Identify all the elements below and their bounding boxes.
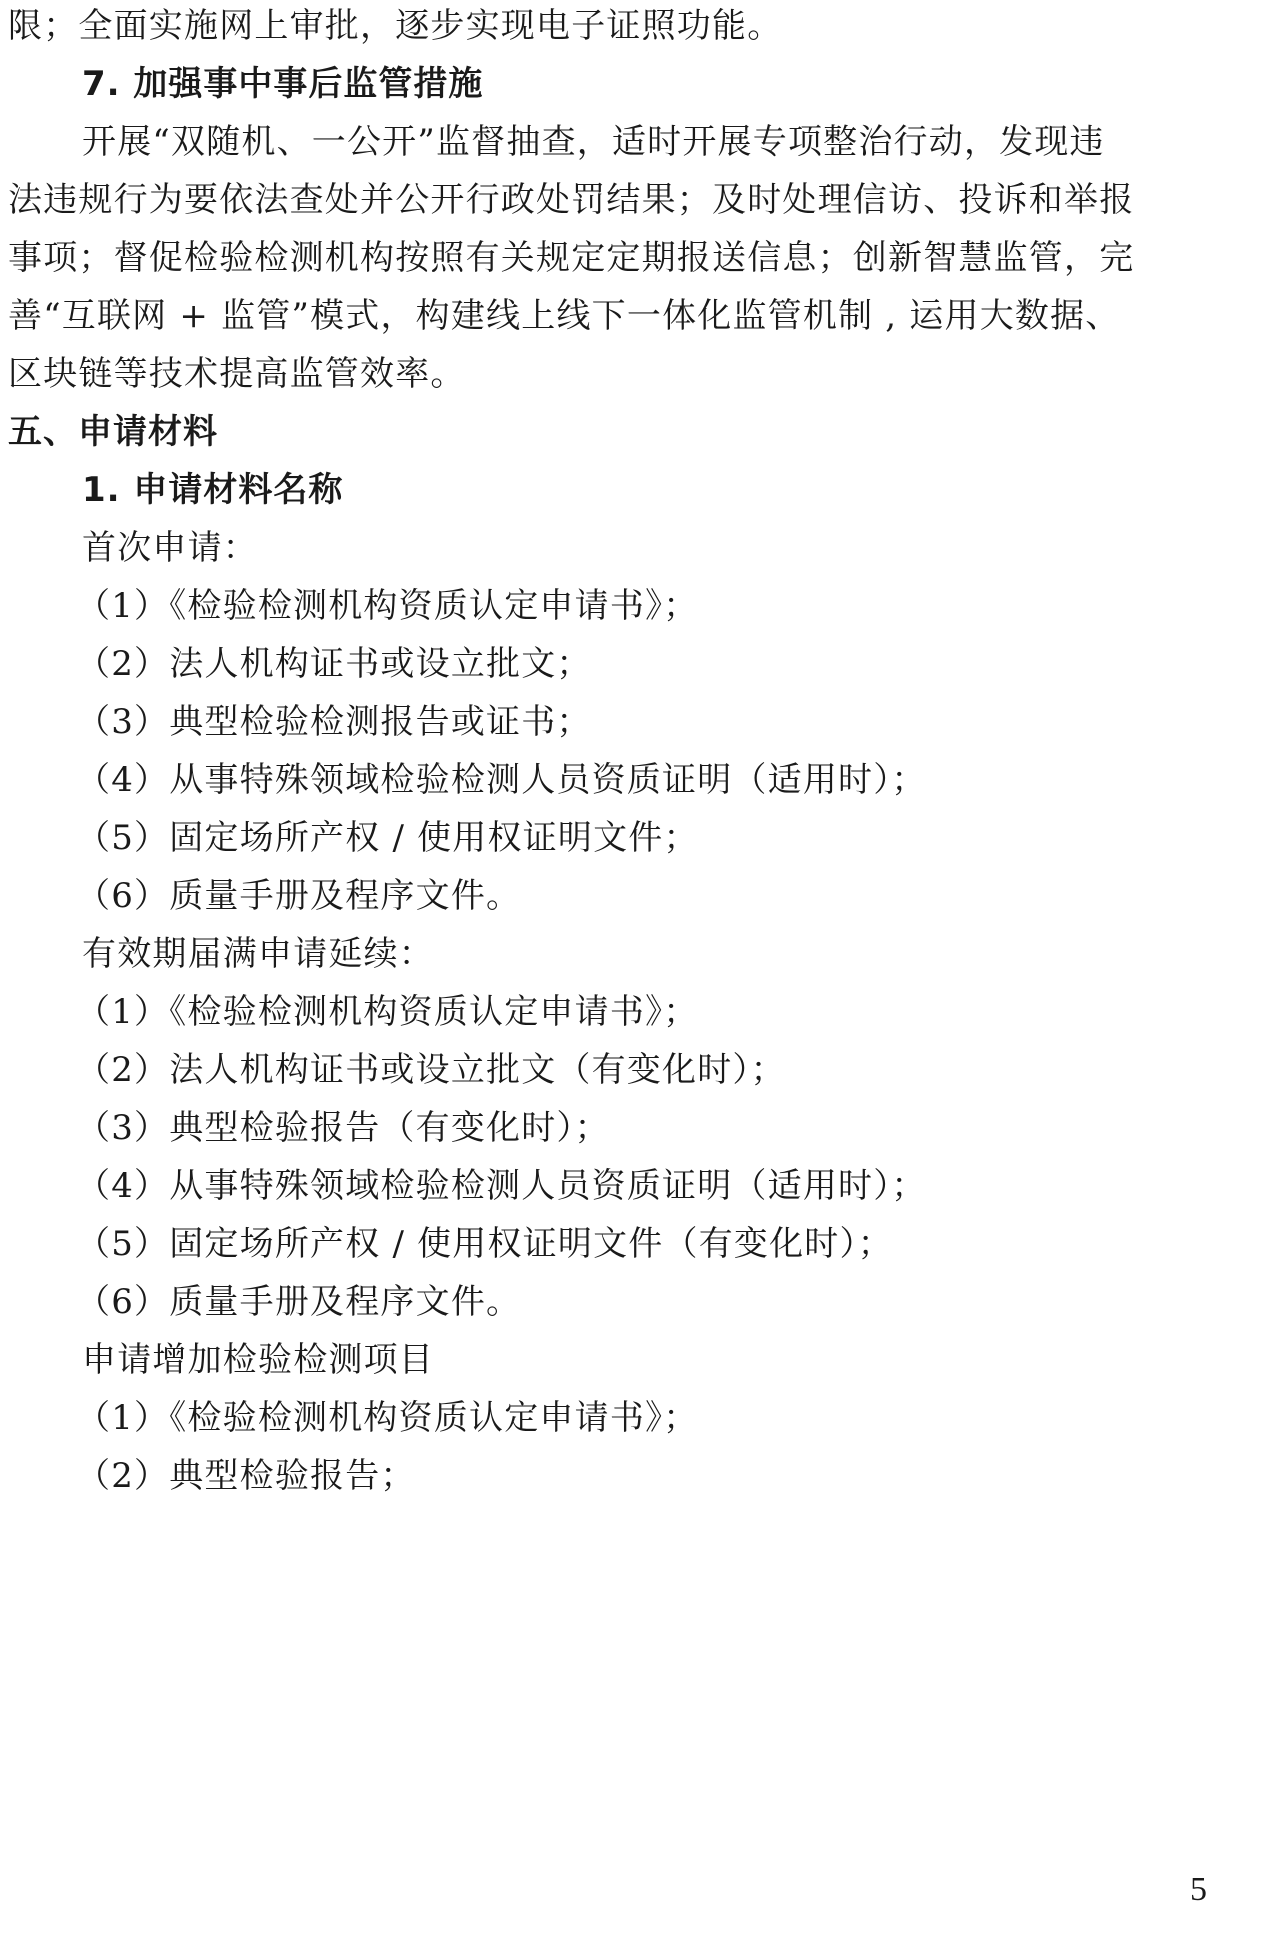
section-7-heading: 7. 加强事中事后监管措施	[82, 62, 483, 106]
section-7-paragraph-line: 善“互联网 + 监管”模式，构建线上线下一体化监管机制 , 运用大数据、	[8, 294, 1121, 338]
document-page: 限；全面实施网上审批，逐步实现电子证照功能。 7. 加强事中事后监管措施 开展“…	[0, 0, 1280, 1937]
paragraph-continuation-line: 限；全面实施网上审批，逐步实现电子证照功能。	[8, 4, 782, 48]
list-item: （5）固定场所产权 / 使用权证明文件（有变化时）；	[76, 1222, 893, 1266]
list-item: （3）典型检验报告（有变化时）；	[76, 1106, 610, 1150]
list-item: （4）从事特殊领域检验检测人员资质证明（适用时）；	[76, 758, 927, 802]
list-item: （1）《检验检测机构资质认定申请书》；	[76, 1396, 698, 1440]
list-item: （6）质量手册及程序文件。	[76, 874, 521, 918]
section-5-subheading: 1. 申请材料名称	[82, 468, 343, 512]
page-number: 5	[1190, 1868, 1207, 1912]
group-title-renewal: 有效期届满申请延续：	[82, 932, 434, 976]
list-item: （5）固定场所产权 / 使用权证明文件；	[76, 816, 699, 860]
list-item: （2）法人机构证书或设立批文（有变化时）；	[76, 1048, 786, 1092]
list-item: （3）典型检验检测报告或证书；	[76, 700, 592, 744]
list-item: （1）《检验检测机构资质认定申请书》；	[76, 584, 698, 628]
list-item: （1）《检验检测机构资质认定申请书》；	[76, 990, 698, 1034]
group-title-first-application: 首次申请：	[82, 526, 258, 570]
section-7-paragraph-line: 开展“双随机、一公开”监督抽查，适时开展专项整治行动，发现违	[82, 120, 1105, 164]
list-item: （2）典型检验报告；	[76, 1454, 416, 1498]
section-5-heading: 五、申请材料	[8, 410, 218, 454]
section-7-paragraph-line: 区块链等技术提高监管效率。	[8, 352, 466, 396]
list-item: （4）从事特殊领域检验检测人员资质证明（适用时）；	[76, 1164, 927, 1208]
list-item: （2）法人机构证书或设立批文；	[76, 642, 592, 686]
section-7-paragraph-line: 事项；督促检验检测机构按照有关规定定期报送信息；创新智慧监管，完	[8, 236, 1134, 280]
section-7-paragraph-line: 法违规行为要依法查处并公开行政处罚结果；及时处理信访、投诉和举报	[8, 178, 1134, 222]
list-item: （6）质量手册及程序文件。	[76, 1280, 521, 1324]
group-title-add-items: 申请增加检验检测项目	[82, 1338, 434, 1382]
